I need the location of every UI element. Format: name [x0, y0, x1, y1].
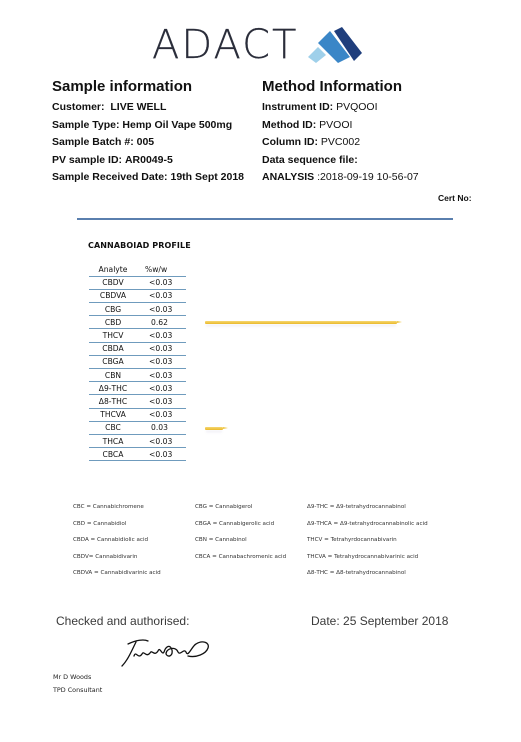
- report-date: Date: 25 September 2018: [311, 614, 448, 628]
- analysis-line: ANALYSIS :2018-09-19 10-56-07: [262, 169, 419, 187]
- method-id-label: Method ID:: [262, 119, 316, 131]
- legend-entry: CBG = Cannabigerol: [195, 504, 286, 521]
- legend-entry: THCV = Tetrahyrdocannabivarin: [307, 537, 428, 554]
- sample-type-label: Sample Type:: [52, 119, 120, 131]
- analyte-value: <0.03: [137, 289, 186, 302]
- analyte-value: <0.03: [137, 276, 186, 289]
- analyte-value: <0.03: [137, 329, 186, 342]
- method-information-section: Method Information Instrument ID: PVQOOI…: [262, 78, 419, 187]
- table-header-row: Analyte %w/w: [89, 263, 186, 276]
- analyte-bar: [205, 321, 397, 324]
- cert-no-label: Cert No:: [438, 193, 472, 203]
- legend-column-3: Δ9-THC = Δ9-tetrahydrocannabinolΔ9-THCA …: [307, 504, 428, 587]
- analyte-name: THCVA: [89, 408, 137, 421]
- received-date-label: Sample Received Date:: [52, 171, 168, 183]
- analyte-value: <0.03: [137, 434, 186, 447]
- analyte-value: <0.03: [137, 369, 186, 382]
- signer-block: Mr D Woods TPD Consultant: [53, 671, 102, 697]
- analyte-value: <0.03: [137, 342, 186, 355]
- table-row: CBGA<0.03: [89, 355, 186, 368]
- table-row: CBDVA<0.03: [89, 289, 186, 302]
- instrument-id-value: PVQOOI: [336, 101, 377, 113]
- sample-type-line: Sample Type: Hemp Oil Vape 500mg: [52, 117, 244, 135]
- customer-label: Customer:: [52, 101, 105, 113]
- analyte-name: THCV: [89, 329, 137, 342]
- legend-entry: CBC = Cannabichromene: [73, 504, 161, 521]
- analyte-value: <0.03: [137, 355, 186, 368]
- column-id-label: Column ID:: [262, 136, 318, 148]
- analyte-name: CBDVA: [89, 289, 137, 302]
- sample-batch-label: Sample Batch #:: [52, 136, 134, 148]
- pv-sample-id-label: PV sample ID:: [52, 154, 122, 166]
- analyte-value: <0.03: [137, 448, 186, 461]
- legend-entry: CBDVA = Cannabidivarinic acid: [73, 570, 161, 587]
- table-row: CBD0.62: [89, 316, 186, 329]
- table-row: CBG<0.03: [89, 303, 186, 316]
- analyte-name: Δ8-THC: [89, 395, 137, 408]
- analyte-name: CBD: [89, 316, 137, 329]
- sample-information-title: Sample information: [52, 78, 244, 95]
- analyte-value: 0.03: [137, 421, 186, 434]
- method-id-value: PVOOI: [319, 119, 352, 131]
- checked-authorised-label: Checked and authorised:: [56, 614, 189, 628]
- legend-entry: CBCA = Cannabachromenic acid: [195, 554, 286, 571]
- analyte-value: <0.03: [137, 408, 186, 421]
- table-row: CBDV<0.03: [89, 276, 186, 289]
- table-row: THCA<0.03: [89, 434, 186, 447]
- legend-entry: Δ9-THCA = Δ9-tetrahydrocannabinolic acid: [307, 521, 428, 538]
- instrument-id-line: Instrument ID: PVQOOI: [262, 99, 419, 117]
- adact-logo: ADACT: [152, 22, 362, 68]
- legend-entry: Δ9-THC = Δ9-tetrahydrocannabinol: [307, 504, 428, 521]
- analyte-name: CBCA: [89, 448, 137, 461]
- analyte-name: CBDA: [89, 342, 137, 355]
- legend-column-1: CBC = CannabichromeneCBD = CannabidiolCB…: [73, 504, 161, 587]
- table-row: THCVA<0.03: [89, 408, 186, 421]
- customer-value: LIVE WELL: [110, 101, 166, 113]
- analyte-name: CBGA: [89, 355, 137, 368]
- analyte-header: Analyte: [89, 263, 137, 276]
- legend-entry: CBGA = Cannabigerolic acid: [195, 521, 286, 538]
- legend-entry: CBN = Cannabinol: [195, 537, 286, 554]
- instrument-id-label: Instrument ID:: [262, 101, 333, 113]
- analyte-bar: [205, 427, 223, 430]
- customer-line: Customer: LIVE WELL: [52, 99, 244, 117]
- analyte-value: <0.03: [137, 303, 186, 316]
- analyte-name: CBN: [89, 369, 137, 382]
- analyte-name: CBDV: [89, 276, 137, 289]
- data-sequence-line: Data sequence file:: [262, 152, 419, 170]
- table-row: Δ8-THC<0.03: [89, 395, 186, 408]
- section-divider: [77, 218, 453, 220]
- sample-batch-line: Sample Batch #: 005: [52, 134, 244, 152]
- legend-column-2: CBG = CannabigerolCBGA = Cannabigerolic …: [195, 504, 286, 570]
- legend-entry: CBD = Cannabidiol: [73, 521, 161, 538]
- column-id-line: Column ID: PVC002: [262, 134, 419, 152]
- profile-title: CANNABOIAD PROFILE: [88, 241, 191, 250]
- sample-batch-value: 005: [137, 136, 155, 148]
- analysis-label: ANALYSIS: [262, 171, 314, 183]
- table-row: CBN<0.03: [89, 369, 186, 382]
- signer-title: TPD Consultant: [53, 684, 102, 697]
- pv-sample-id-line: PV sample ID: AR0049-5: [52, 152, 244, 170]
- analyte-name: CBC: [89, 421, 137, 434]
- analysis-value: :2018-09-19 10-56-07: [317, 171, 419, 183]
- column-id-value: PVC002: [321, 136, 360, 148]
- data-sequence-label: Data sequence file:: [262, 154, 358, 166]
- analyte-value: <0.03: [137, 395, 186, 408]
- method-information-title: Method Information: [262, 78, 419, 95]
- table-row: CBCA<0.03: [89, 448, 186, 461]
- legend-entry: CBDA = Cannabidiolic acid: [73, 537, 161, 554]
- sample-information-section: Sample information Customer: LIVE WELL S…: [52, 78, 244, 187]
- sample-type-value: Hemp Oil Vape 500mg: [122, 119, 232, 131]
- received-date-value: 19th Sept 2018: [170, 171, 244, 183]
- legend-entry: THCVA = Tetrahydrocannabivarinic acid: [307, 554, 428, 571]
- analyte-name: CBG: [89, 303, 137, 316]
- analyte-name: Δ9-THC: [89, 382, 137, 395]
- analyte-value: <0.03: [137, 382, 186, 395]
- table-row: CBDA<0.03: [89, 342, 186, 355]
- adact-chevron-logo-icon: [306, 27, 362, 63]
- table-row: THCV<0.03: [89, 329, 186, 342]
- legend-entry: Δ8-THC = Δ8-tetrahydrocannabinol: [307, 570, 428, 587]
- logo-text: ADACT: [152, 25, 298, 65]
- analyte-table: Analyte %w/w CBDV<0.03CBDVA<0.03CBG<0.03…: [89, 263, 186, 461]
- analyte-value: 0.62: [137, 316, 186, 329]
- signer-name: Mr D Woods: [53, 671, 102, 684]
- received-date-line: Sample Received Date: 19th Sept 2018: [52, 169, 244, 187]
- table-row: CBC0.03: [89, 421, 186, 434]
- method-id-line: Method ID: PVOOI: [262, 117, 419, 135]
- handwritten-signature-icon: [118, 636, 214, 668]
- percent-header: %w/w: [137, 263, 186, 276]
- analyte-name: THCA: [89, 434, 137, 447]
- legend-entry: CBDV= Cannabidivarin: [73, 554, 161, 571]
- table-row: Δ9-THC<0.03: [89, 382, 186, 395]
- pv-sample-id-value: AR0049-5: [125, 154, 173, 166]
